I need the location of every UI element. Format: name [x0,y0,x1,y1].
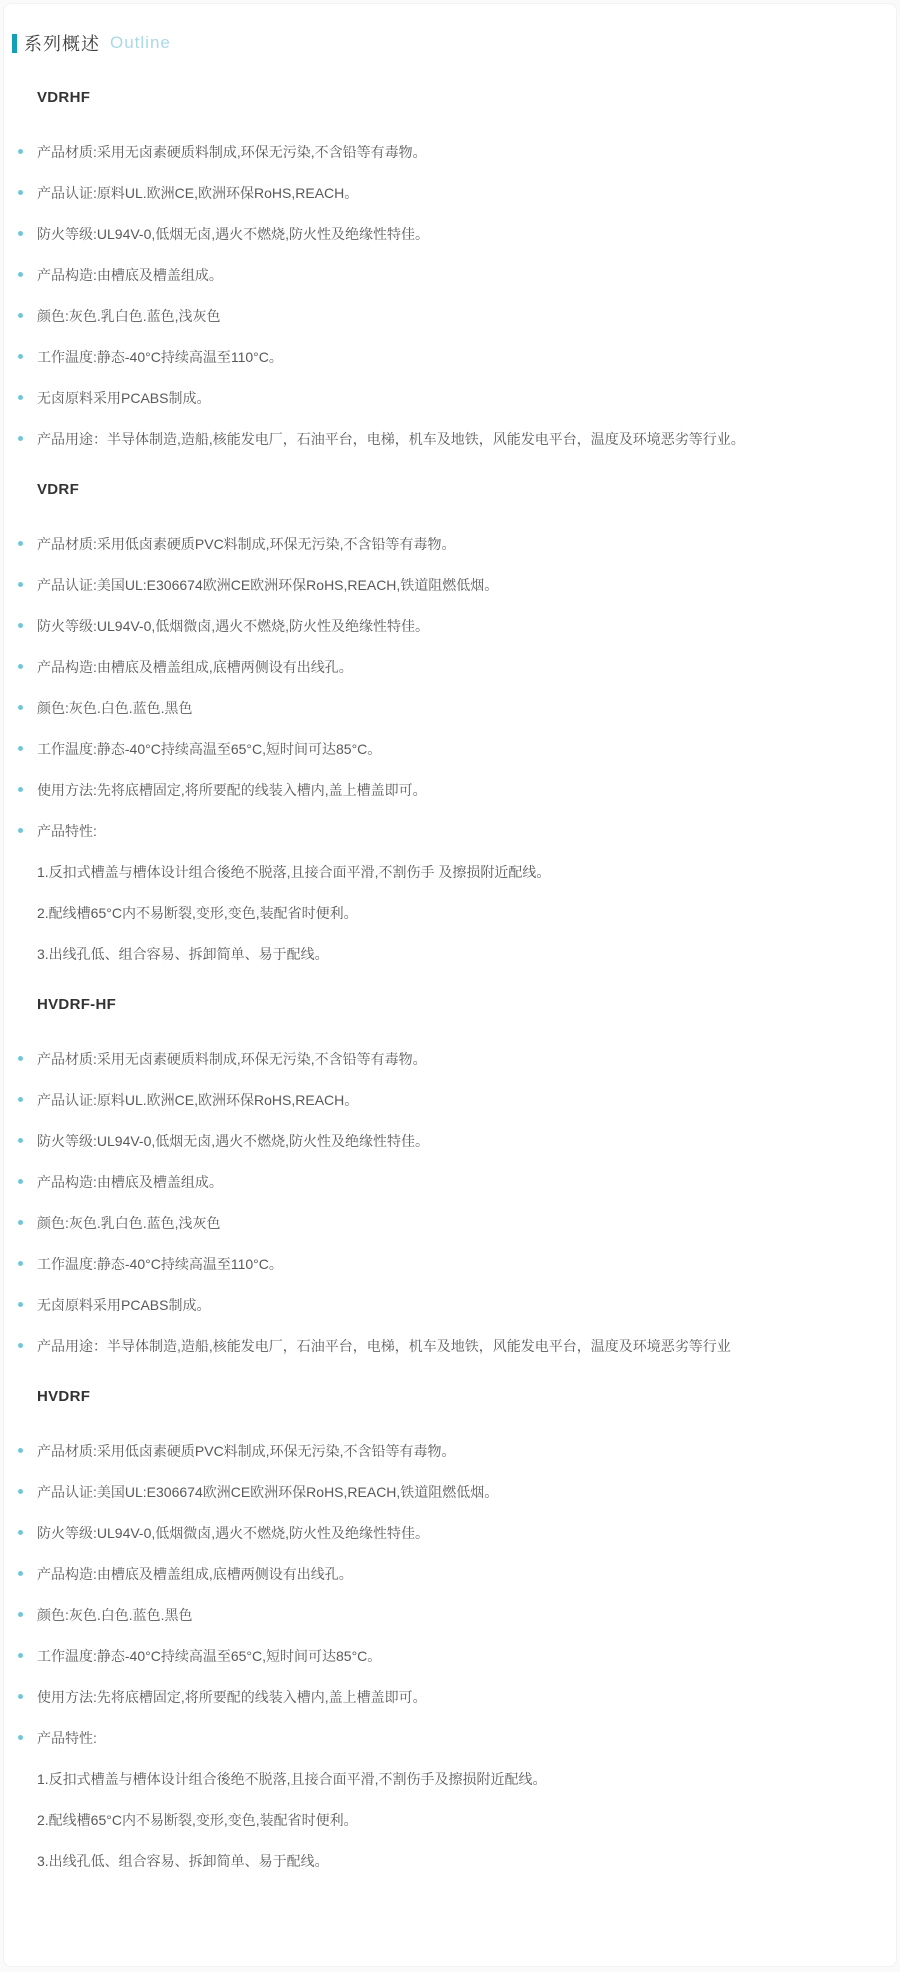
item-text: 3.出线孔低、组合容易、拆卸简单、易于配线。 [37,1853,329,1869]
accent-bar-icon [12,34,17,53]
item-text: 产品认证:原料UL.欧洲CE,欧洲环保RoHS,REACH。 [37,1092,358,1108]
item-text: 无卤原料采用PCABS制成。 [37,1297,210,1313]
item-text: 颜色:灰色.白色.蓝色.黑色 [37,1607,193,1623]
page-title: 系列概述 [24,30,100,56]
section-items: 产品材质:采用无卤素硬质料制成,环保无污染,不含铅等有毒物。 产品认证:原料UL… [37,143,852,448]
list-item: 产品构造:由槽底及槽盖组成,底槽两侧设有出线孔。 [37,658,852,676]
section-items: 产品材质:采用无卤素硬质料制成,环保无污染,不含铅等有毒物。 产品认证:原料UL… [37,1050,852,1355]
item-text: 使用方法:先将底槽固定,将所要配的线装入槽内,盖上槽盖即可。 [37,782,427,798]
outline-sections: VDRHF 产品材质:采用无卤素硬质料制成,环保无污染,不含铅等有毒物。 产品认… [4,88,876,1870]
item-text: 颜色:灰色.乳白色.蓝色,浅灰色 [37,1215,221,1231]
page-header: 系列概述 Outline [4,30,876,56]
list-item: 工作温度:静态-40°C持续高温至65°C,短时间可达85°C。 [37,740,852,758]
list-item: 产品构造:由槽底及槽盖组成。 [37,266,852,284]
item-text: 产品特性: [37,1730,97,1746]
item-text: 无卤原料采用PCABS制成。 [37,390,210,406]
item-text: 1.反扣式槽盖与槽体设计组合後绝不脱落,且接合面平滑,不割伤手及擦损附近配线。 [37,1771,546,1787]
item-text: 产品用途：半导体制造,造船,核能发电厂，石油平台，电梯，机车及地铁，风能发电平台… [37,431,745,447]
bullet-dot-icon [18,582,23,587]
item-text: 防火等级:UL94V-0,低烟微卤,遇火不燃烧,防火性及绝缘性特佳。 [37,618,429,634]
item-text: 产品认证:原料UL.欧洲CE,欧洲环保RoHS,REACH。 [37,185,358,201]
bullet-dot-icon [18,746,23,751]
item-text: 产品材质:采用低卤素硬质PVC料制成,环保无污染,不含铅等有毒物。 [37,536,455,552]
bullet-dot-icon [18,272,23,277]
list-item: 无卤原料采用PCABS制成。 [37,1296,852,1314]
bullet-dot-icon [18,1261,23,1266]
page-subtitle: Outline [110,33,171,53]
bullet-dot-icon [18,1530,23,1535]
item-text: 产品构造:由槽底及槽盖组成。 [37,1174,223,1190]
bullet-dot-icon [18,149,23,154]
item-text: 产品材质:采用无卤素硬质料制成,环保无污染,不含铅等有毒物。 [37,1051,427,1067]
bullet-dot-icon [18,1343,23,1348]
list-item: 产品材质:采用低卤素硬质PVC料制成,环保无污染,不含铅等有毒物。 [37,1442,852,1460]
list-item: 3.出线孔低、组合容易、拆卸简单、易于配线。 [37,1852,852,1870]
item-text: 产品构造:由槽底及槽盖组成,底槽两侧设有出线孔。 [37,659,353,675]
bullet-dot-icon [18,828,23,833]
bullet-dot-icon [18,705,23,710]
bullet-dot-icon [18,1302,23,1307]
section-heading: VDRHF [37,88,852,107]
bullet-dot-icon [18,787,23,792]
list-item: 防火等级:UL94V-0,低烟微卤,遇火不燃烧,防火性及绝缘性特佳。 [37,1524,852,1542]
item-text: 产品认证:美国UL:E306674欧洲CE欧洲环保RoHS,REACH,铁道阻燃… [37,1484,498,1500]
section-items: 产品材质:采用低卤素硬质PVC料制成,环保无污染,不含铅等有毒物。 产品认证:美… [37,1442,852,1870]
list-item: 产品特性: [37,822,852,840]
list-item: 工作温度:静态-40°C持续高温至110°C。 [37,348,852,366]
list-item: 工作温度:静态-40°C持续高温至110°C。 [37,1255,852,1273]
item-text: 3.出线孔低、组合容易、拆卸简单、易于配线。 [37,946,329,962]
item-text: 1.反扣式槽盖与槽体设计组合後绝不脱落,且接合面平滑,不割伤手 及擦损附近配线。 [37,864,550,880]
list-item: 2.配线槽65°C内不易断裂,变形,变色,装配省时便利。 [37,1811,852,1829]
item-text: 工作温度:静态-40°C持续高温至65°C,短时间可达85°C。 [37,1648,381,1664]
product-section: HVDRF-HF 产品材质:采用无卤素硬质料制成,环保无污染,不含铅等有毒物。 … [37,995,852,1355]
list-item: 1.反扣式槽盖与槽体设计组合後绝不脱落,且接合面平滑,不割伤手 及擦损附近配线。 [37,863,852,881]
list-item: 产品认证:美国UL:E306674欧洲CE欧洲环保RoHS,REACH,铁道阻燃… [37,576,852,594]
bullet-dot-icon [18,1653,23,1658]
bullet-dot-icon [18,1097,23,1102]
list-item: 颜色:灰色.乳白色.蓝色,浅灰色 [37,307,852,325]
list-item: 产品认证:原料UL.欧洲CE,欧洲环保RoHS,REACH。 [37,184,852,202]
list-item: 防火等级:UL94V-0,低烟微卤,遇火不燃烧,防火性及绝缘性特佳。 [37,617,852,635]
product-section: VDRHF 产品材质:采用无卤素硬质料制成,环保无污染,不含铅等有毒物。 产品认… [37,88,852,448]
item-text: 产品构造:由槽底及槽盖组成。 [37,267,223,283]
item-text: 防火等级:UL94V-0,低烟无卤,遇火不燃烧,防火性及绝缘性特佳。 [37,1133,429,1149]
list-item: 无卤原料采用PCABS制成。 [37,389,852,407]
list-item: 2.配线槽65°C内不易断裂,变形,变色,装配省时便利。 [37,904,852,922]
list-item: 1.反扣式槽盖与槽体设计组合後绝不脱落,且接合面平滑,不割伤手及擦损附近配线。 [37,1770,852,1788]
bullet-dot-icon [18,313,23,318]
item-text: 防火等级:UL94V-0,低烟无卤,遇火不燃烧,防火性及绝缘性特佳。 [37,226,429,242]
bullet-dot-icon [18,1571,23,1576]
item-text: 2.配线槽65°C内不易断裂,变形,变色,装配省时便利。 [37,905,358,921]
list-item: 使用方法:先将底槽固定,将所要配的线装入槽内,盖上槽盖即可。 [37,1688,852,1706]
bullet-dot-icon [18,354,23,359]
item-text: 产品构造:由槽底及槽盖组成,底槽两侧设有出线孔。 [37,1566,353,1582]
list-item: 3.出线孔低、组合容易、拆卸简单、易于配线。 [37,945,852,963]
list-item: 产品特性: [37,1729,852,1747]
item-text: 产品材质:采用低卤素硬质PVC料制成,环保无污染,不含铅等有毒物。 [37,1443,455,1459]
bullet-dot-icon [18,1138,23,1143]
list-item: 产品材质:采用无卤素硬质料制成,环保无污染,不含铅等有毒物。 [37,1050,852,1068]
bullet-dot-icon [18,190,23,195]
list-item: 工作温度:静态-40°C持续高温至65°C,短时间可达85°C。 [37,1647,852,1665]
item-text: 产品材质:采用无卤素硬质料制成,环保无污染,不含铅等有毒物。 [37,144,427,160]
bullet-dot-icon [18,1735,23,1740]
list-item: 产品构造:由槽底及槽盖组成,底槽两侧设有出线孔。 [37,1565,852,1583]
bullet-dot-icon [18,1056,23,1061]
item-text: 颜色:灰色.白色.蓝色.黑色 [37,700,193,716]
section-heading: HVDRF [37,1387,852,1406]
item-text: 2.配线槽65°C内不易断裂,变形,变色,装配省时便利。 [37,1812,358,1828]
list-item: 产品用途：半导体制造,造船,核能发电厂，石油平台，电梯，机车及地铁，风能发电平台… [37,430,852,448]
bullet-dot-icon [18,623,23,628]
item-text: 产品特性: [37,823,97,839]
item-text: 颜色:灰色.乳白色.蓝色,浅灰色 [37,308,221,324]
item-text: 工作温度:静态-40°C持续高温至65°C,短时间可达85°C。 [37,741,381,757]
item-text: 产品用途：半导体制造,造船,核能发电厂，石油平台，电梯，机车及地铁，风能发电平台… [37,1338,731,1354]
list-item: 产品材质:采用无卤素硬质料制成,环保无污染,不含铅等有毒物。 [37,143,852,161]
item-text: 工作温度:静态-40°C持续高温至110°C。 [37,1256,283,1272]
bullet-dot-icon [18,436,23,441]
list-item: 颜色:灰色.白色.蓝色.黑色 [37,699,852,717]
list-item: 产品用途：半导体制造,造船,核能发电厂，石油平台，电梯，机车及地铁，风能发电平台… [37,1337,852,1355]
list-item: 颜色:灰色.乳白色.蓝色,浅灰色 [37,1214,852,1232]
list-item: 使用方法:先将底槽固定,将所要配的线装入槽内,盖上槽盖即可。 [37,781,852,799]
bullet-dot-icon [18,1489,23,1494]
item-text: 工作温度:静态-40°C持续高温至110°C。 [37,349,283,365]
product-section: HVDRF 产品材质:采用低卤素硬质PVC料制成,环保无污染,不含铅等有毒物。 … [37,1387,852,1870]
bullet-dot-icon [18,1179,23,1184]
product-section: VDRF 产品材质:采用低卤素硬质PVC料制成,环保无污染,不含铅等有毒物。 产… [37,480,852,963]
item-text: 产品认证:美国UL:E306674欧洲CE欧洲环保RoHS,REACH,铁道阻燃… [37,577,498,593]
bullet-dot-icon [18,1448,23,1453]
list-item: 产品认证:原料UL.欧洲CE,欧洲环保RoHS,REACH。 [37,1091,852,1109]
list-item: 颜色:灰色.白色.蓝色.黑色 [37,1606,852,1624]
list-item: 防火等级:UL94V-0,低烟无卤,遇火不燃烧,防火性及绝缘性特佳。 [37,225,852,243]
section-heading: HVDRF-HF [37,995,852,1014]
list-item: 产品构造:由槽底及槽盖组成。 [37,1173,852,1191]
bullet-dot-icon [18,1220,23,1225]
item-text: 使用方法:先将底槽固定,将所要配的线装入槽内,盖上槽盖即可。 [37,1689,427,1705]
list-item: 产品认证:美国UL:E306674欧洲CE欧洲环保RoHS,REACH,铁道阻燃… [37,1483,852,1501]
bullet-dot-icon [18,664,23,669]
section-items: 产品材质:采用低卤素硬质PVC料制成,环保无污染,不含铅等有毒物。 产品认证:美… [37,535,852,963]
section-heading: VDRF [37,480,852,499]
list-item: 防火等级:UL94V-0,低烟无卤,遇火不燃烧,防火性及绝缘性特佳。 [37,1132,852,1150]
item-text: 防火等级:UL94V-0,低烟微卤,遇火不燃烧,防火性及绝缘性特佳。 [37,1525,429,1541]
content-card: 系列概述 Outline VDRHF 产品材质:采用无卤素硬质料制成,环保无污染… [3,3,897,1967]
list-item: 产品材质:采用低卤素硬质PVC料制成,环保无污染,不含铅等有毒物。 [37,535,852,553]
bullet-dot-icon [18,395,23,400]
bullet-dot-icon [18,541,23,546]
bullet-dot-icon [18,1612,23,1617]
bullet-dot-icon [18,231,23,236]
bullet-dot-icon [18,1694,23,1699]
